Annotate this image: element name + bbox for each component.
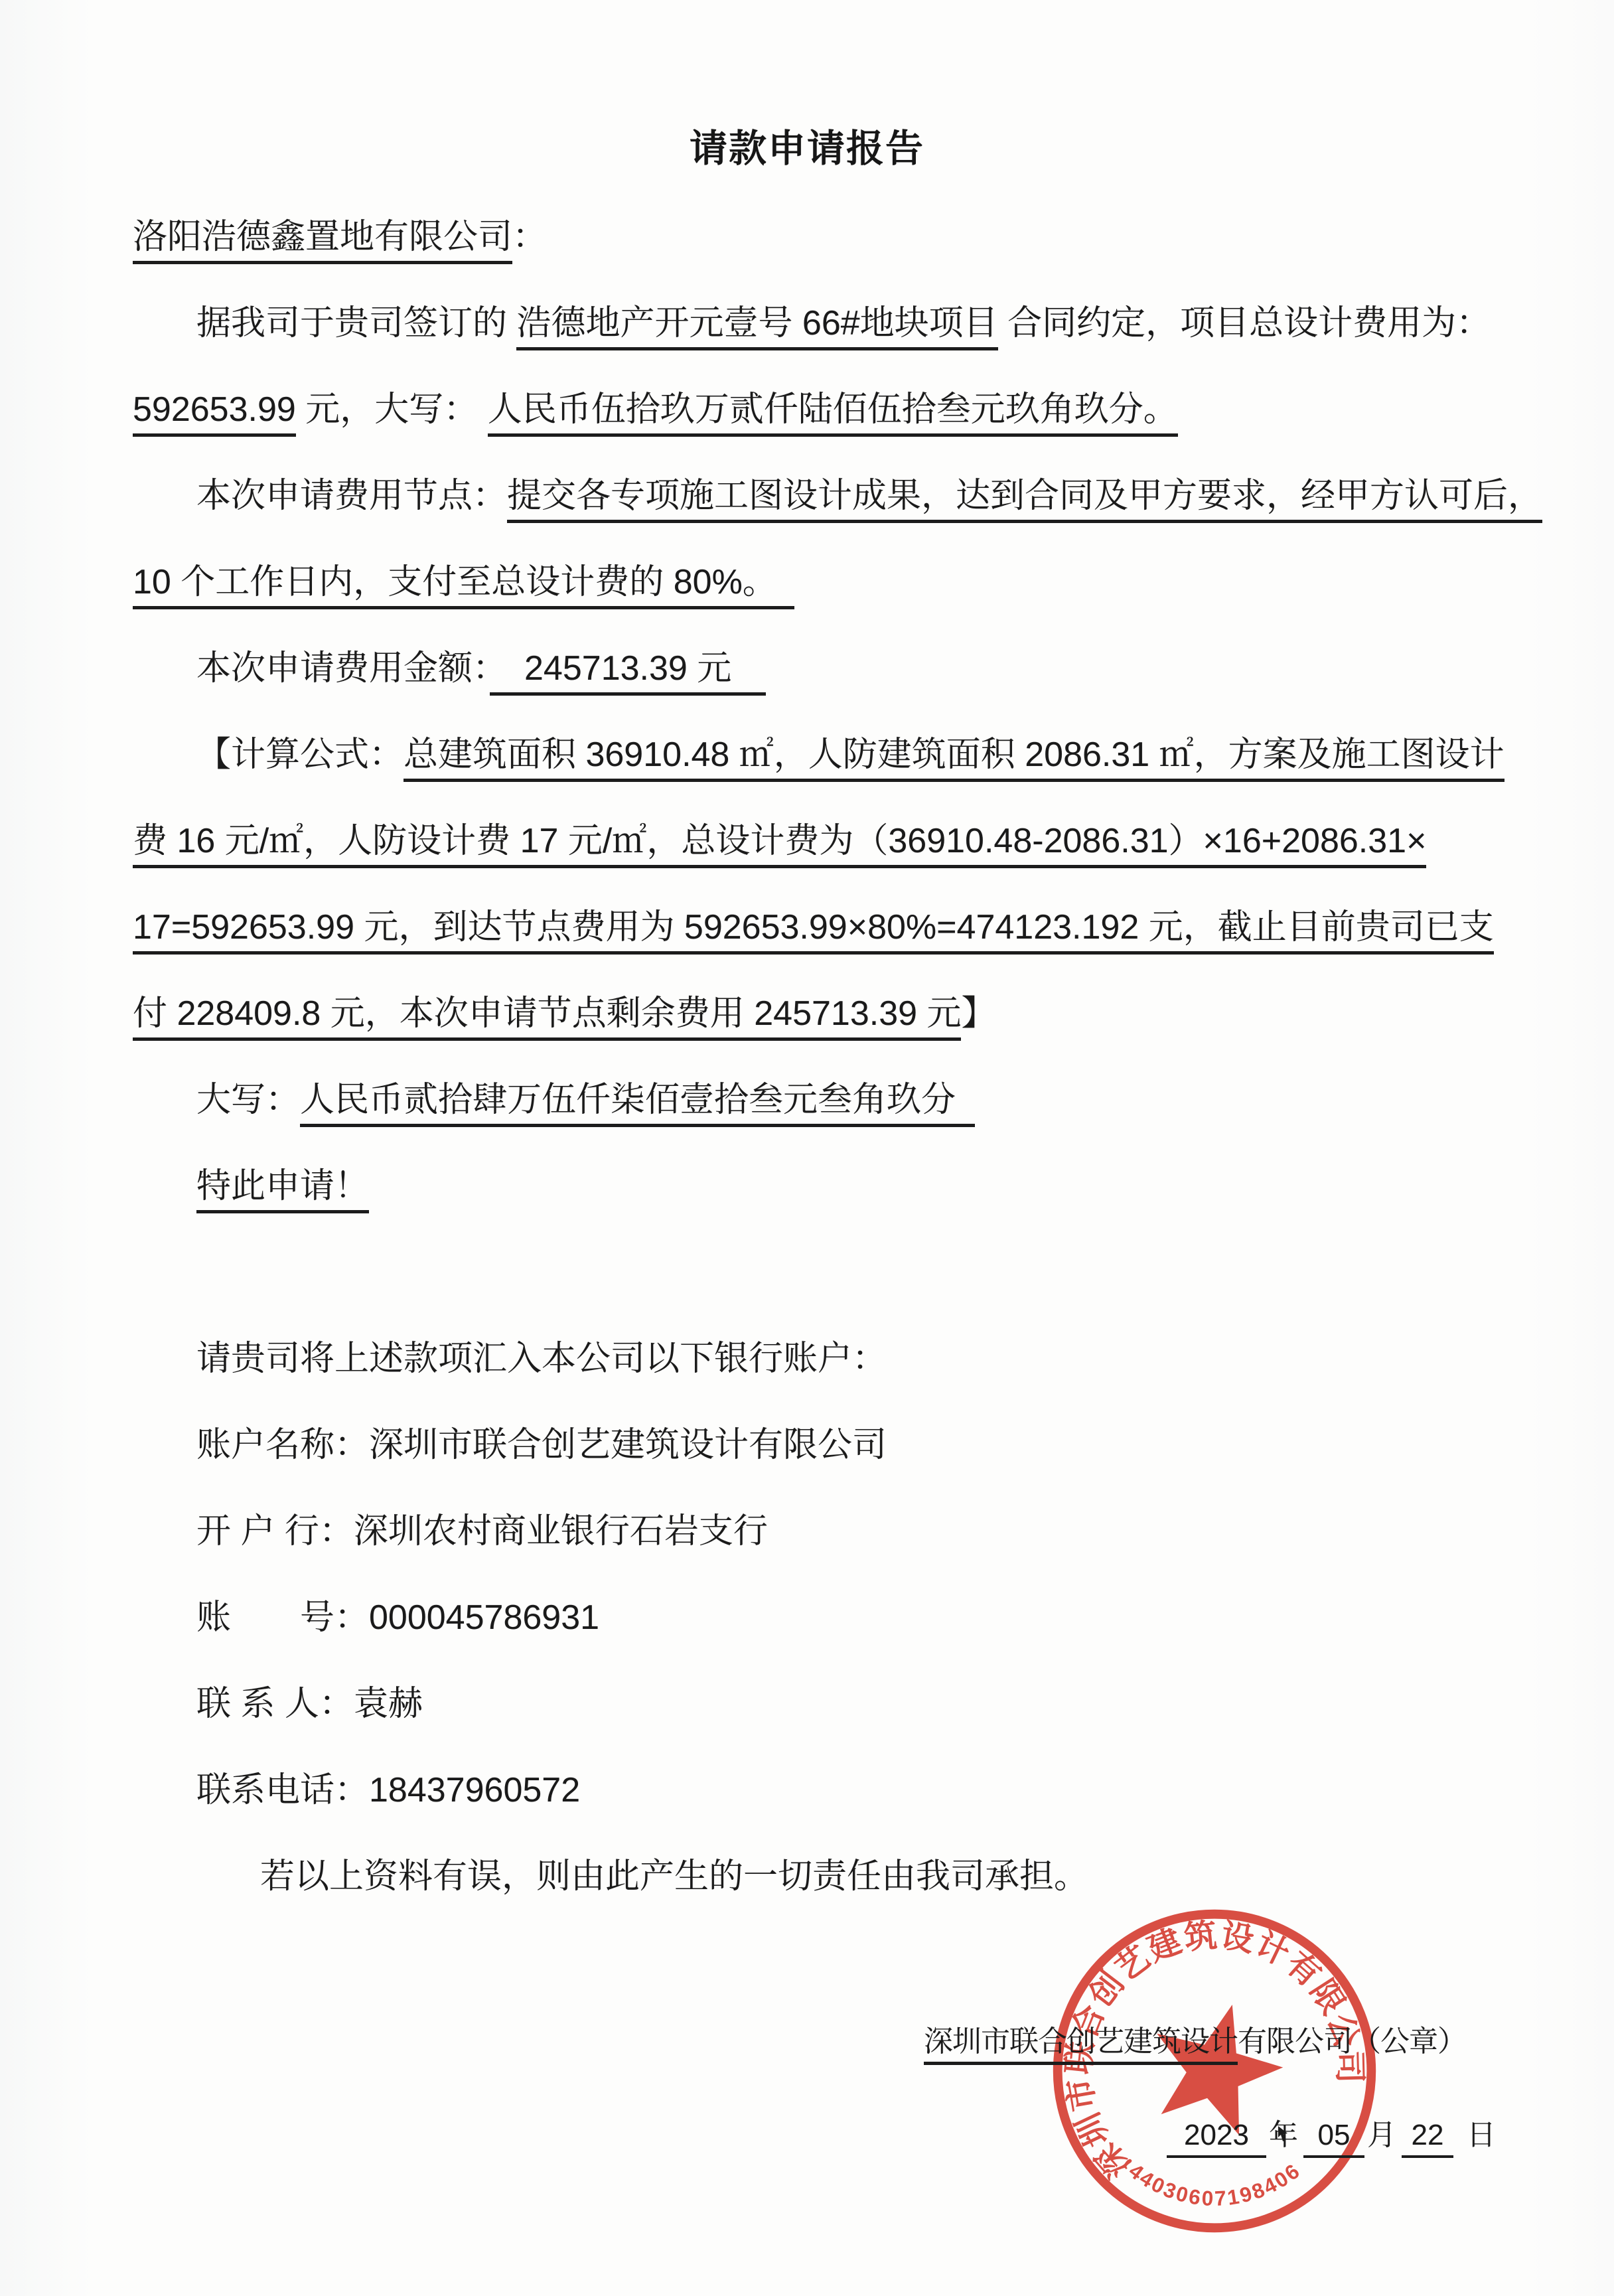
underlined-text-run: 付 228409.8 元，本次申请节点剩余费用 245713.39 元 <box>133 994 961 1041</box>
text-run: 元，大写： <box>296 390 488 429</box>
page-title: 请款申请报告 <box>0 118 1614 173</box>
document-line: 本次申请费用金额： 245713.39 元 <box>133 625 1481 712</box>
document-line: 联系电话：18437960572 <box>133 1747 1481 1833</box>
signature-date-line: 2023 年 05 月 22 日 <box>1167 2121 1499 2158</box>
underlined-text-run: 洛阳浩德鑫置地有限公司 <box>133 218 512 264</box>
document-line: 【计算公式：总建筑面积 36910.48 ㎡，人防建筑面积 2086.31 ㎡，… <box>133 712 1481 798</box>
text-run: 联系电话：18437960572 <box>196 1771 580 1809</box>
text-run: 据我司于贵司签订的 <box>196 304 516 343</box>
underlined-text-run: 浩德地产开元壹号 66#地块项目 <box>516 304 997 350</box>
text-run: 若以上资料有误，则由此产生的一切责任由我司承担。 <box>260 1857 1088 1896</box>
document-body: 洛阳浩德鑫置地有限公司：据我司于贵司签订的 浩德地产开元壹号 66#地块项目 合… <box>133 194 1481 1920</box>
document-line: 大写：人民币贰拾肆万伍仟柒佰壹拾叁元叁角玖分 <box>133 1057 1481 1143</box>
document-line: 洛阳浩德鑫置地有限公司： <box>133 194 1481 280</box>
date-year-value: 2023 <box>1167 2121 1266 2158</box>
underlined-text-run: 10 个工作日内，支付至总设计费的 80%。 <box>133 563 794 609</box>
document-line: 账户名称：深圳市联合创艺建筑设计有限公司 <box>133 1402 1481 1488</box>
cursor-artifact-icon <box>1278 2126 1289 2143</box>
text-run: 账户名称：深圳市联合创艺建筑设计有限公司 <box>196 1426 887 1464</box>
underlined-text-run: 人民币伍拾玖万贰仟陆佰伍拾叁元玖角玖分。 <box>488 390 1178 437</box>
seal-code-text: 44030607198406 <box>1124 2158 1305 2210</box>
document-line: 特此申请！ <box>133 1143 1481 1229</box>
text-run: 】 <box>961 994 995 1033</box>
document-line: 账 号：000045786931 <box>133 1574 1481 1661</box>
date-day-value: 22 <box>1402 2121 1453 2158</box>
signature-company-suffix: 有限公司（公章） <box>1238 2025 1466 2058</box>
document-line: 592653.99 元，大写： 人民币伍拾玖万贰仟陆佰伍拾叁元玖角玖分。 <box>133 366 1481 453</box>
text-run: 大写： <box>196 1081 300 1119</box>
text-run: 开 户 行：深圳农村商业银行石岩支行 <box>196 1512 768 1551</box>
signature-company-name: 深圳市联合创艺建筑设计 <box>924 2025 1238 2065</box>
underlined-text-run: 245713.39 元 <box>490 649 766 696</box>
document-line: 开 户 行：深圳农村商业银行石岩支行 <box>133 1488 1481 1574</box>
document-line: 费 16 元/㎡，人防设计费 17 元/㎡，总设计费为（36910.48-208… <box>133 798 1481 884</box>
document-line: 据我司于贵司签订的 浩德地产开元壹号 66#地块项目 合同约定，项目总设计费用为… <box>133 280 1481 366</box>
document-line: 17=592653.99 元，到达节点费用为 592653.99×80%=474… <box>133 884 1481 970</box>
blank-line <box>133 1229 1481 1316</box>
date-month-value: 05 <box>1303 2121 1364 2158</box>
underlined-text-run: 592653.99 <box>133 390 296 437</box>
document-line: 联 系 人：袁赫 <box>133 1661 1481 1747</box>
underlined-text-run: 提交各专项施工图设计成果，达到合同及甲方要求，经甲方认可后， <box>507 477 1542 523</box>
document-line: 请贵司将上述款项汇入本公司以下银行账户： <box>133 1316 1481 1402</box>
company-seal-stamp: 深圳市联合创艺建筑设计有限公司 44030607198406 <box>1045 1901 1384 2241</box>
text-run: 账 号：000045786931 <box>196 1598 599 1637</box>
text-run: 合同约定，项目总设计费用为： <box>998 304 1491 343</box>
document-line: 10 个工作日内，支付至总设计费的 80%。 <box>133 539 1481 625</box>
underlined-text-run: 费 16 元/㎡，人防设计费 17 元/㎡，总设计费为（36910.48-208… <box>133 822 1426 868</box>
date-day-label: 日 <box>1467 2121 1496 2150</box>
text-run: 本次申请费用节点： <box>196 477 507 515</box>
document-line: 本次申请费用节点：提交各专项施工图设计成果，达到合同及甲方要求，经甲方认可后， <box>133 453 1481 539</box>
underlined-text-run: 17=592653.99 元，到达节点费用为 592653.99×80%=474… <box>133 908 1494 955</box>
signature-company-line: 深圳市联合创艺建筑设计有限公司（公章） <box>924 2027 1466 2056</box>
document-line: 付 228409.8 元，本次申请节点剩余费用 245713.39 元】 <box>133 970 1481 1057</box>
seal-star-icon <box>1157 2005 1283 2135</box>
underlined-text-run: 总建筑面积 36910.48 ㎡，人防建筑面积 2086.31 ㎡，方案及施工图… <box>403 735 1504 782</box>
underlined-text-run: 特此申请！ <box>196 1167 369 1213</box>
text-run: 本次申请费用金额： <box>196 649 490 688</box>
svg-text:44030607198406: 44030607198406 <box>1124 2158 1305 2210</box>
text-run: 请贵司将上述款项汇入本公司以下银行账户： <box>196 1339 887 1378</box>
underlined-text-run: 人民币贰拾肆万伍仟柒佰壹拾叁元叁角玖分 <box>300 1081 975 1127</box>
text-run: ： <box>512 218 547 256</box>
scanned-document-page: 请款申请报告 洛阳浩德鑫置地有限公司：据我司于贵司签订的 浩德地产开元壹号 66… <box>0 0 1614 2296</box>
text-run: 联 系 人：袁赫 <box>196 1685 423 1723</box>
date-month-label: 月 <box>1367 2121 1396 2150</box>
text-run: 【计算公式： <box>196 735 403 774</box>
